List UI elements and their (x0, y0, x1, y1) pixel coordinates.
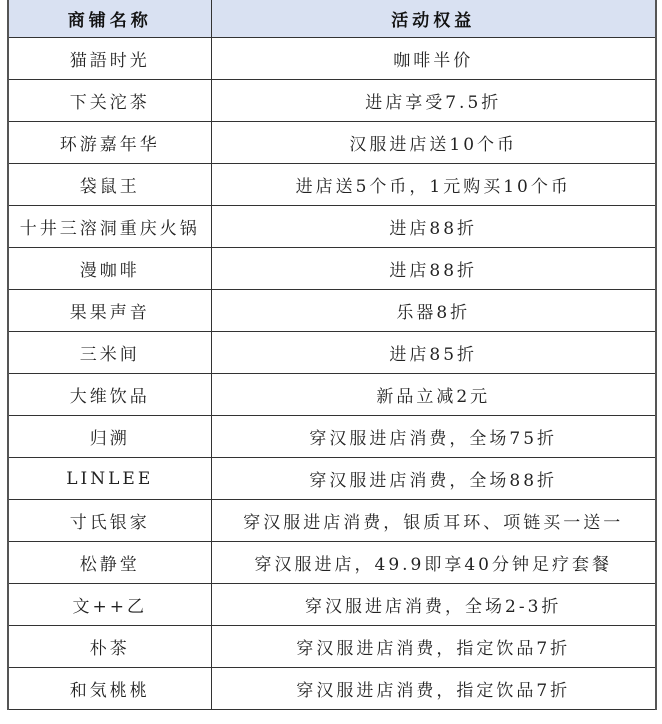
table-row: 和気桃桃 穿汉服进店消费，指定饮品7折 (8, 668, 656, 710)
table-row: 十井三溶洞重庆火锅 进店88折 (8, 206, 656, 248)
offer-cell: 进店88折 (211, 206, 656, 248)
shop-name-cell: 朴茶 (8, 626, 211, 668)
shop-name-cell: 漫咖啡 (8, 248, 211, 290)
table-header: 商铺名称 活动权益 (8, 0, 656, 38)
table-row: 下关沱茶 进店享受7.5折 (8, 80, 656, 122)
table-row: 猫語时光 咖啡半价 (8, 38, 656, 80)
table-row: 文++乙 穿汉服进店消费，全场2-3折 (8, 584, 656, 626)
shop-offers-table-container: 商铺名称 活动权益 猫語时光 咖啡半价 下关沱茶 进店享受7.5折 环游嘉年华 … (7, 0, 655, 710)
offer-cell: 穿汉服进店消费，银质耳环、项链买一送一 (211, 500, 656, 542)
offer-cell: 穿汉服进店消费，全场75折 (211, 416, 656, 458)
table-row: 朴茶 穿汉服进店消费，指定饮品7折 (8, 626, 656, 668)
shop-name-cell: 大维饮品 (8, 374, 211, 416)
shop-name-cell: 和気桃桃 (8, 668, 211, 710)
shop-name-cell: 袋鼠王 (8, 164, 211, 206)
table-row: LINLEE 穿汉服进店消费，全场88折 (8, 458, 656, 500)
header-row: 商铺名称 活动权益 (8, 0, 656, 38)
offer-cell: 进店享受7.5折 (211, 80, 656, 122)
offer-cell: 穿汉服进店消费，全场2-3折 (211, 584, 656, 626)
table-row: 归溯 穿汉服进店消费，全场75折 (8, 416, 656, 458)
table-row: 环游嘉年华 汉服进店送10个币 (8, 122, 656, 164)
shop-name-cell: 环游嘉年华 (8, 122, 211, 164)
offer-cell: 进店88折 (211, 248, 656, 290)
shop-name-cell: 猫語时光 (8, 38, 211, 80)
table-row: 寸氏银家 穿汉服进店消费，银质耳环、项链买一送一 (8, 500, 656, 542)
offer-cell: 汉服进店送10个币 (211, 122, 656, 164)
shop-name-cell: 松静堂 (8, 542, 211, 584)
table-row: 果果声音 乐器8折 (8, 290, 656, 332)
offer-cell: 新品立减2元 (211, 374, 656, 416)
offer-cell: 进店送5个币，1元购买10个币 (211, 164, 656, 206)
header-offer: 活动权益 (211, 0, 656, 38)
table-row: 松静堂 穿汉服进店，49.9即享40分钟足疗套餐 (8, 542, 656, 584)
shop-offers-table: 商铺名称 活动权益 猫語时光 咖啡半价 下关沱茶 进店享受7.5折 环游嘉年华 … (7, 0, 657, 710)
offer-cell: 穿汉服进店消费，指定饮品7折 (211, 626, 656, 668)
shop-name-cell: 归溯 (8, 416, 211, 458)
offer-cell: 穿汉服进店消费，全场88折 (211, 458, 656, 500)
offer-cell: 乐器8折 (211, 290, 656, 332)
offer-cell: 穿汉服进店，49.9即享40分钟足疗套餐 (211, 542, 656, 584)
shop-name-cell: LINLEE (8, 458, 211, 500)
shop-name-cell: 十井三溶洞重庆火锅 (8, 206, 211, 248)
header-shop-name: 商铺名称 (8, 0, 211, 38)
shop-name-cell: 果果声音 (8, 290, 211, 332)
offer-cell: 进店85折 (211, 332, 656, 374)
table-row: 三米间 进店85折 (8, 332, 656, 374)
shop-name-cell: 文++乙 (8, 584, 211, 626)
offer-cell: 咖啡半价 (211, 38, 656, 80)
offer-cell: 穿汉服进店消费，指定饮品7折 (211, 668, 656, 710)
table-body: 猫語时光 咖啡半价 下关沱茶 进店享受7.5折 环游嘉年华 汉服进店送10个币 … (8, 38, 656, 710)
table-row: 袋鼠王 进店送5个币，1元购买10个币 (8, 164, 656, 206)
table-row: 大维饮品 新品立减2元 (8, 374, 656, 416)
shop-name-cell: 三米间 (8, 332, 211, 374)
shop-name-cell: 寸氏银家 (8, 500, 211, 542)
shop-name-cell: 下关沱茶 (8, 80, 211, 122)
table-row: 漫咖啡 进店88折 (8, 248, 656, 290)
